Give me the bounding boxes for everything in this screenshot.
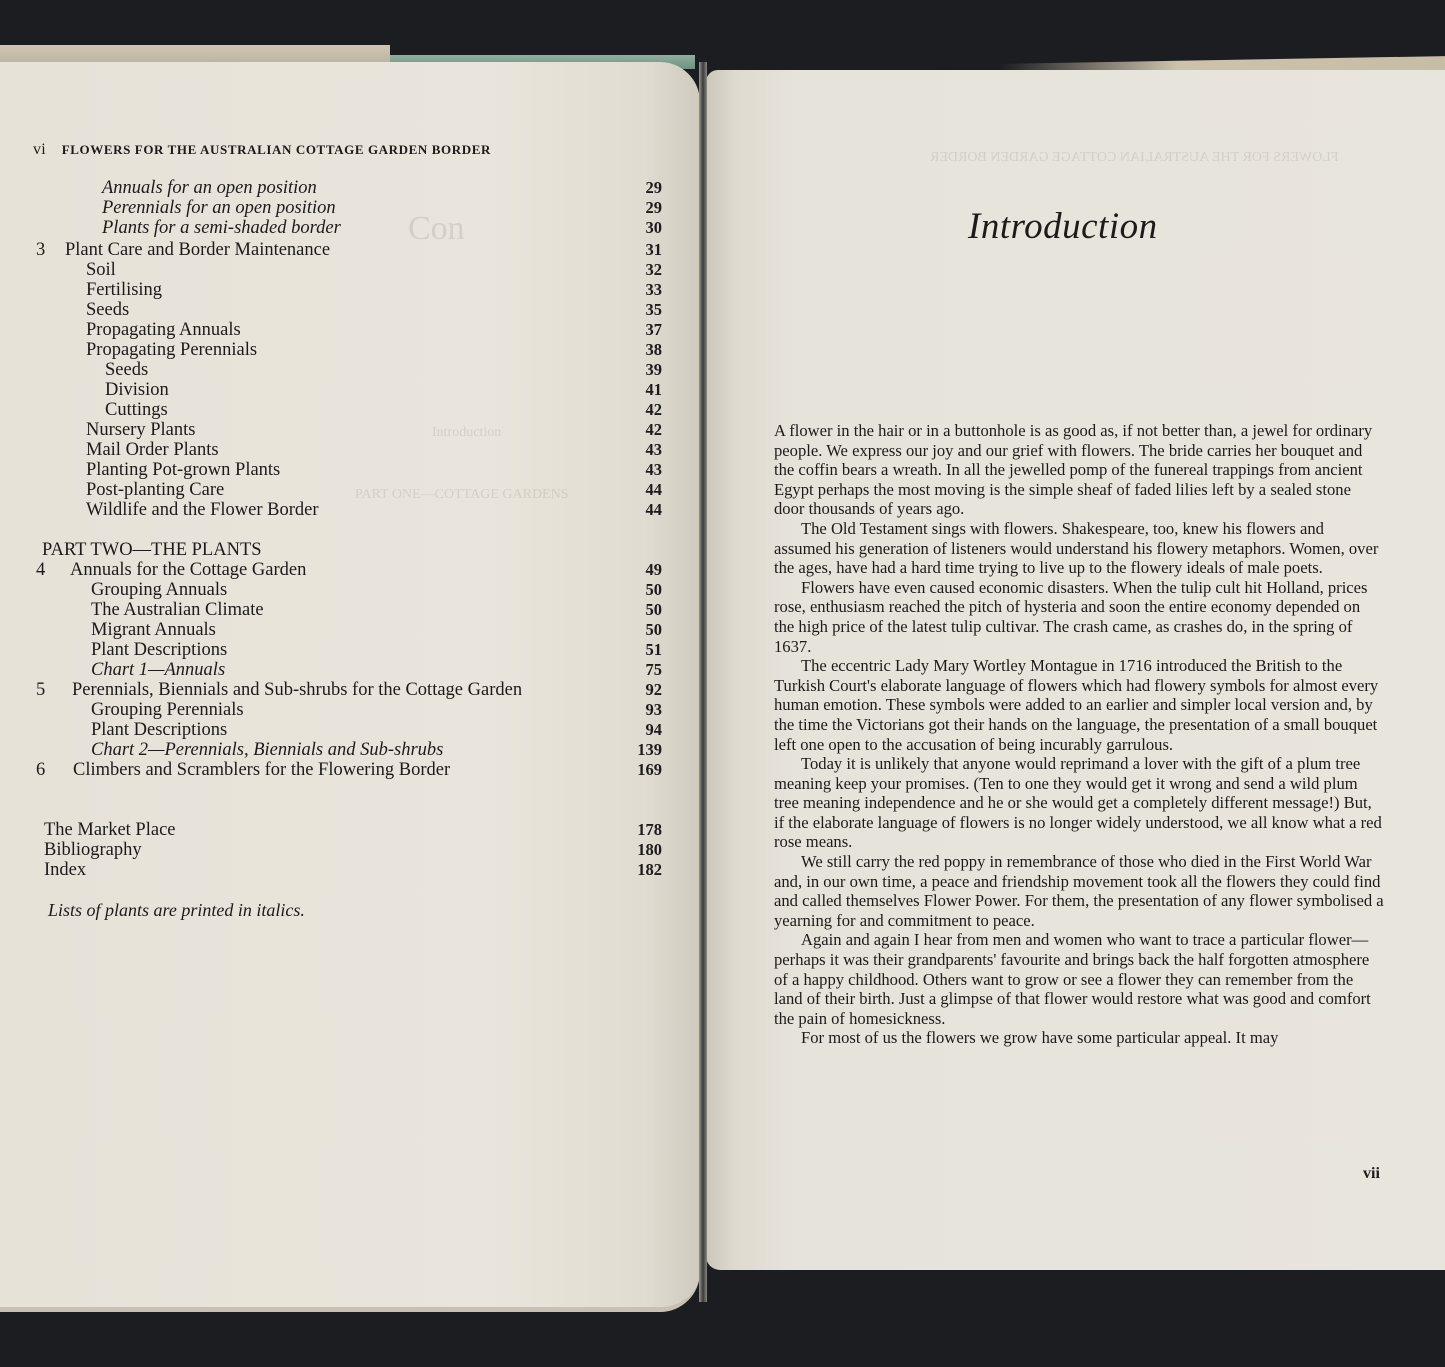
body-paragraph: A flower in the hair or in a buttonhole … [774, 421, 1384, 519]
toc-chapter-number: 3 [36, 240, 45, 260]
toc-entry: Perennials for an open position29 [0, 198, 700, 218]
toc-entry-title: Mail Order Plants [86, 440, 219, 460]
toc-entry: Grouping Annuals50 [0, 580, 700, 600]
toc-entry-title: Post-planting Care [86, 480, 224, 500]
toc-page-number: 182 [602, 860, 662, 880]
toc-entry: Soil32 [0, 260, 700, 280]
toc-page-number: 49 [602, 560, 662, 580]
toc-entry-title: Index [44, 860, 86, 880]
page-folio-left: vi [33, 141, 46, 158]
toc-page-number: 94 [602, 720, 662, 740]
toc-entry-title: Wildlife and the Flower Border [86, 500, 319, 520]
toc-page-number: 50 [602, 600, 662, 620]
toc-entry: 5Perennials, Biennials and Sub-shrubs fo… [0, 680, 700, 700]
toc-entry-title: Nursery Plants [86, 420, 195, 440]
toc-chapter-number: 5 [36, 680, 45, 700]
toc-entry: Propagating Perennials38 [0, 340, 700, 360]
toc-page-number: 41 [602, 380, 662, 400]
toc-entry: Plants for a semi-shaded border30 [0, 218, 700, 238]
part-two-heading: PART TWO—THE PLANTS [42, 540, 262, 560]
page-folio-right: vii [1363, 1165, 1380, 1183]
toc-entry-title: Migrant Annuals [91, 620, 216, 640]
toc-chapter-number: 4 [36, 560, 45, 580]
toc-page-number: 178 [602, 820, 662, 840]
toc-entry-title: Perennials for an open position [102, 198, 336, 218]
toc-entry: Division41 [0, 380, 700, 400]
toc-entry: Annuals for an open position29 [0, 178, 700, 198]
toc-entry: Mail Order Plants43 [0, 440, 700, 460]
toc-entry-title: Cuttings [105, 400, 168, 420]
toc-entry: Migrant Annuals50 [0, 620, 700, 640]
body-paragraph: For most of us the flowers we grow have … [774, 1028, 1384, 1048]
toc-page-number: 29 [602, 178, 662, 198]
toc-page-number: 39 [602, 360, 662, 380]
toc-entry-title: Grouping Annuals [91, 580, 227, 600]
toc-page-number: 169 [602, 760, 662, 780]
toc-entry-title: Seeds [105, 360, 148, 380]
book-spine [699, 62, 707, 1302]
toc-entry-title: Soil [86, 260, 116, 280]
toc-entry-title: Seeds [86, 300, 129, 320]
toc-entry: Fertilising33 [0, 280, 700, 300]
toc-entry: Seeds39 [0, 360, 700, 380]
toc-entry-title: The Market Place [44, 820, 176, 840]
toc-page-number: 180 [602, 840, 662, 860]
toc-entry: 6Climbers and Scramblers for the Floweri… [0, 760, 700, 780]
toc-entry: 3Plant Care and Border Maintenance31 [0, 240, 700, 260]
toc-entry-title: Plants for a semi-shaded border [102, 218, 341, 238]
toc-page-number: 51 [602, 640, 662, 660]
body-paragraph: Flowers have even caused economic disast… [774, 578, 1384, 656]
toc-page-number: 93 [602, 700, 662, 720]
toc-page-number: 50 [602, 620, 662, 640]
toc-entry: Index182 [0, 860, 700, 880]
toc-page-number: 43 [602, 440, 662, 460]
body-paragraph: We still carry the red poppy in remembra… [774, 852, 1384, 930]
toc-entry-title: Fertilising [86, 280, 162, 300]
toc-entry-title: Annuals for an open position [102, 178, 317, 198]
toc-page-number: 37 [602, 320, 662, 340]
toc-entry-title: Grouping Perennials [91, 700, 244, 720]
toc-entry-title: Bibliography [44, 840, 142, 860]
toc-page-number: 50 [602, 580, 662, 600]
toc-page-number: 32 [602, 260, 662, 280]
toc-entry: Propagating Annuals37 [0, 320, 700, 340]
toc-entry-title: Chart 2—Perennials, Biennials and Sub-sh… [91, 740, 443, 760]
toc-entry-title: Perennials, Biennials and Sub-shrubs for… [72, 680, 522, 700]
toc-entry: The Market Place178 [0, 820, 700, 840]
toc-entry: Plant Descriptions51 [0, 640, 700, 660]
toc-entry: The Australian Climate50 [0, 600, 700, 620]
running-head: vi FLOWERS FOR THE AUSTRALIAN COTTAGE GA… [33, 141, 491, 159]
toc-entry-title: Plant Care and Border Maintenance [65, 240, 330, 260]
toc-entry: 4Annuals for the Cottage Garden49 [0, 560, 700, 580]
toc-entry: Chart 2—Perennials, Biennials and Sub-sh… [0, 740, 700, 760]
toc-entry: Post-planting Care44 [0, 480, 700, 500]
toc-entry-title: Planting Pot-grown Plants [86, 460, 280, 480]
toc-page-number: 92 [602, 680, 662, 700]
body-paragraph: Today it is unlikely that anyone would r… [774, 754, 1384, 852]
toc-entry: Plant Descriptions94 [0, 720, 700, 740]
toc-page-number: 44 [602, 480, 662, 500]
toc-entry: Bibliography180 [0, 840, 700, 860]
toc-entry: Cuttings42 [0, 400, 700, 420]
toc-entry: Wildlife and the Flower Border44 [0, 500, 700, 520]
toc-entry-title: Propagating Annuals [86, 320, 241, 340]
toc-entry-title: Division [105, 380, 169, 400]
toc-entry: Chart 1—Annuals75 [0, 660, 700, 680]
toc-entry-title: Chart 1—Annuals [91, 660, 225, 680]
book-title: FLOWERS FOR THE AUSTRALIAN COTTAGE GARDE… [62, 142, 491, 157]
toc-entry: Grouping Perennials93 [0, 700, 700, 720]
toc-page-number: 42 [602, 420, 662, 440]
toc-page-number: 139 [602, 740, 662, 760]
toc-entry: Nursery Plants42 [0, 420, 700, 440]
toc-chapter-number: 6 [36, 760, 45, 780]
toc-entry: Planting Pot-grown Plants43 [0, 460, 700, 480]
introduction-body: A flower in the hair or in a buttonhole … [774, 421, 1384, 1048]
toc-page-number: 35 [602, 300, 662, 320]
toc-page-number: 42 [602, 400, 662, 420]
body-paragraph: The Old Testament sings with flowers. Sh… [774, 519, 1384, 578]
toc-page-number: 33 [602, 280, 662, 300]
toc-page-number: 29 [602, 198, 662, 218]
body-paragraph: Again and again I hear from men and wome… [774, 930, 1384, 1028]
toc-note: Lists of plants are printed in italics. [48, 900, 305, 921]
toc-entry-title: Plant Descriptions [91, 720, 227, 740]
toc-page-number: 38 [602, 340, 662, 360]
toc-page-number: 30 [602, 218, 662, 238]
toc-entry-title: Annuals for the Cottage Garden [70, 560, 306, 580]
toc-entry-title: The Australian Climate [91, 600, 264, 620]
toc-page-number: 43 [602, 460, 662, 480]
body-paragraph: The eccentric Lady Mary Wortley Montague… [774, 656, 1384, 754]
toc-entry-title: Propagating Perennials [86, 340, 257, 360]
toc-page-number: 75 [602, 660, 662, 680]
chapter-title: Introduction [968, 205, 1158, 248]
toc-entry-title: Climbers and Scramblers for the Flowerin… [73, 760, 450, 780]
toc-page-number: 31 [602, 240, 662, 260]
toc-entry-title: Plant Descriptions [91, 640, 227, 660]
toc-page-number: 44 [602, 500, 662, 520]
toc-entry: Seeds35 [0, 300, 700, 320]
